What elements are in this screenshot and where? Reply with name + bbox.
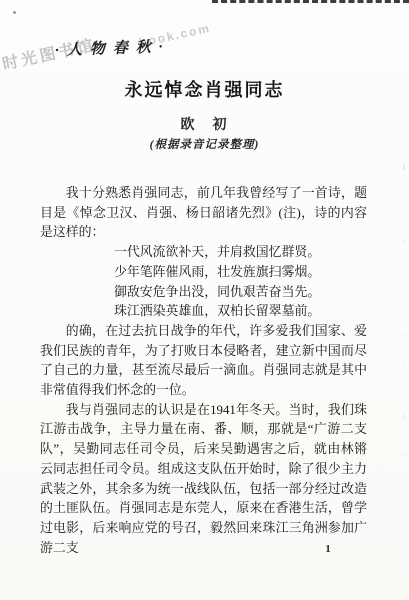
scanned-book-page: 时光图书馆 book.com ·人物春秋· 永远悼念肖强同志 欧 初 (根据录音…: [0, 0, 409, 600]
scan-speckle-row: ·····: [288, 582, 378, 590]
scan-artifact: 1: [402, 164, 406, 172]
scan-artifact: ·: [401, 332, 404, 340]
torn-page-edge: [212, 0, 409, 3]
source-note: (根据录音记录整理): [0, 136, 409, 152]
column-section-label: ·人物春秋·: [55, 35, 171, 60]
scan-artifact: ·: [402, 362, 405, 370]
page-number: 1: [318, 543, 338, 555]
scan-speck: [13, 11, 16, 14]
poem-line: 珠江洒染英雄血，双柏长留翠墓前。: [114, 302, 367, 322]
poem-line: 御敌安危争出没，同仇艰苦奋当先。: [114, 283, 367, 303]
scan-artifact: ·: [401, 452, 404, 460]
scan-artifact: ;: [403, 412, 405, 420]
poem-line: 一代风流欲补天，并肩救国忆群贤。: [114, 243, 367, 263]
paragraph: 我十分熟悉肖强同志，前几年我曾经写了一首诗，题目是《悼念卫汉、肖强、杨日韶诸先烈…: [40, 184, 367, 243]
paragraph: 的确，在过去抗日战争的年代，许多爱我们国家、爱我们民族的青年，为了打败日本侵略者…: [40, 322, 367, 401]
paragraph: 我与肖强同志的认识是在1941年冬天。当时，我们珠江游击战争，主导力量在南、番、…: [40, 401, 367, 559]
poem-line: 少年笔阵催风雨，壮发旌旗扫雾烟。: [114, 263, 367, 283]
memorial-poem: 一代风流欲补天，并肩救国忆群贤。 少年笔阵催风雨，壮发旌旗扫雾烟。 御敌安危争出…: [40, 243, 367, 322]
author-name: 欧 初: [0, 114, 409, 134]
article-title: 永远悼念肖强同志: [0, 76, 409, 102]
scan-artifact: ·: [403, 238, 406, 246]
article-body: 我十分熟悉肖强同志，前几年我曾经写了一首诗，题目是《悼念卫汉、肖强、杨日韶诸先烈…: [40, 184, 367, 558]
